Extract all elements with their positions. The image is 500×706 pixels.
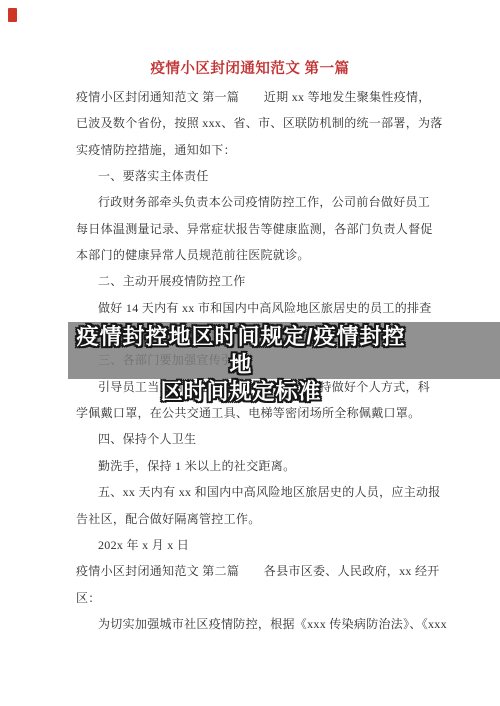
document-line: 每日体温测量记录、异常症状报告等健康监测，各部门负责人督促 xyxy=(76,216,428,242)
overlay-banner: 疫情封控地区时间规定/疫情封控地 区时间规定标准 xyxy=(68,322,500,379)
document-line: 行政财务部牵头负责本公司疫情防控工作，公司前台做好员工 xyxy=(76,189,428,215)
document-page: 疫情小区封闭通知范文 第一篇 疫情小区封闭通知范文 第一篇 近期 xx 等地发生… xyxy=(0,0,500,706)
document-line: 已波及数个省份，按照 xxx、省、市、区联防机制的统一部署，为落 xyxy=(76,110,428,136)
overlay-title-line1: 疫情封控地区时间规定/疫情封控地 xyxy=(68,323,414,378)
document-line: 告社区，配合做好隔离管控工作。 xyxy=(76,506,428,532)
overlay-title-line2: 区时间规定标准 xyxy=(68,378,414,406)
document-line: 为切实加强城市社区疫情防控，根据《xxx 传染病防治法》、《xxx xyxy=(76,611,428,637)
document-line: 二、主动开展疫情防控工作 xyxy=(76,268,428,294)
document-line: 五、xx 天内有 xx 和国内中高风险地区旅居史的人员，应主动报 xyxy=(76,479,428,505)
document-line: 202x 年 x 月 x 日 xyxy=(76,532,428,558)
page-title: 疫情小区封闭通知范文 第一篇 xyxy=(0,57,500,78)
red-corner-mark-icon xyxy=(8,8,17,22)
document-line: 疫情小区封闭通知范文 第一篇 近期 xx 等地发生聚集性疫情， xyxy=(76,84,428,110)
document-line: 区： xyxy=(76,585,428,611)
document-line: 疫情小区封闭通知范文 第二篇 各县市区委、人民政府，xx 经开 xyxy=(76,558,428,584)
document-line: 实疫情防控措施，通知如下： xyxy=(76,137,428,163)
document-line: 四、保持个人卫生 xyxy=(76,426,428,452)
document-line: 做好 14 天内有 xx 市和国内中高风险地区旅居史的员工的排查 xyxy=(76,295,428,321)
document-line: 勤洗手，保持 1 米以上的社交距离。 xyxy=(76,453,428,479)
document-line: 本部门的健康异常人员规范前往医院就诊。 xyxy=(76,242,428,268)
overlay-title: 疫情封控地区时间规定/疫情封控地 区时间规定标准 xyxy=(68,322,414,406)
document-line: 一、要落实主体责任 xyxy=(76,163,428,189)
